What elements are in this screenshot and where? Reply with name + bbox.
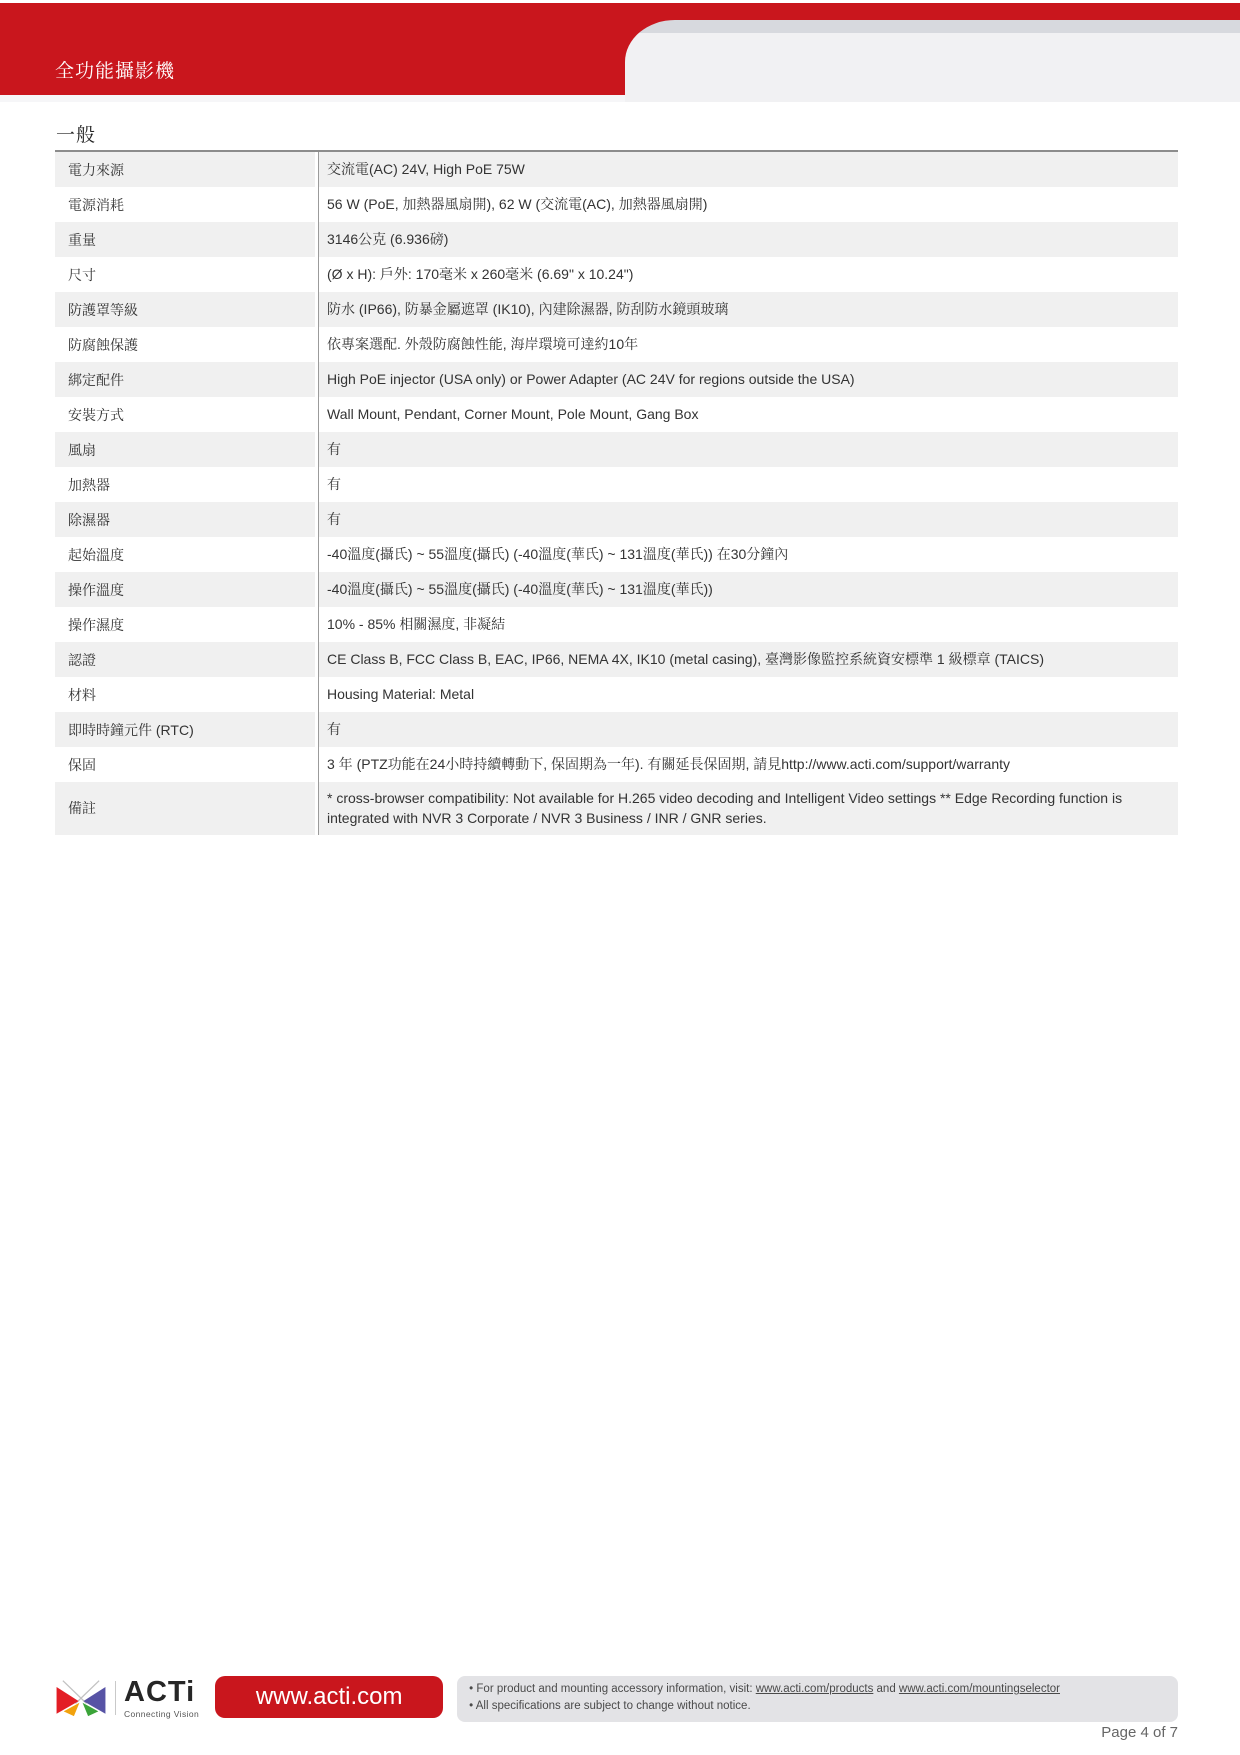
spec-label-cell: 即時時鐘元件 (RTC) — [55, 712, 315, 747]
mountingselector-link[interactable]: www.acti.com/mountingselector — [899, 1683, 1060, 1695]
spec-value-cell: (Ø x H): 戶外: 170毫米 x 260毫米 (6.69" x 10.2… — [318, 257, 1178, 292]
table-row: 操作濕度 10% - 85% 相關濕度, 非凝結 — [55, 607, 1178, 642]
acti-butterfly-logo-icon — [55, 1678, 107, 1718]
footer-note-1: For product and mounting accessory infor… — [469, 1681, 1166, 1698]
spec-value-cell: * cross-browser compatibility: Not avail… — [318, 782, 1178, 835]
spec-label-cell: 加熱器 — [55, 467, 315, 502]
spec-value-cell: 依專案選配. 外殼防腐蝕性能, 海岸環境可達約10年 — [318, 327, 1178, 362]
spec-label-cell: 電力來源 — [55, 152, 315, 187]
spec-label-cell: 綁定配件 — [55, 362, 315, 397]
spec-value-cell: -40溫度(攝氏) ~ 55溫度(攝氏) (-40溫度(華氏) ~ 131溫度(… — [318, 572, 1178, 607]
footer-note-2: All specifications are subject to change… — [469, 1698, 1166, 1715]
logo-brand-text: ACTi — [124, 1678, 199, 1707]
spec-label-cell: 備註 — [55, 782, 315, 835]
page-header: 全功能攝影機 — [0, 0, 1240, 102]
logo-text: ACTi Connecting Vision — [124, 1678, 199, 1719]
table-row: 保固 3 年 (PTZ功能在24小時持續轉動下, 保固期為一年). 有關延長保固… — [55, 747, 1178, 782]
spec-label-cell: 電源消耗 — [55, 187, 315, 222]
spec-value-cell: 有 — [318, 502, 1178, 537]
spec-label-cell: 風扇 — [55, 432, 315, 467]
section-title: 一般 — [56, 120, 1178, 147]
table-row: 風扇 有 — [55, 432, 1178, 467]
table-row: 綁定配件 High PoE injector (USA only) or Pow… — [55, 362, 1178, 397]
spec-label-cell: 除濕器 — [55, 502, 315, 537]
spec-label-cell: 防腐蝕保護 — [55, 327, 315, 362]
spec-value-cell: Housing Material: Metal — [318, 677, 1178, 712]
spec-value-cell: CE Class B, FCC Class B, EAC, IP66, NEMA… — [318, 642, 1178, 677]
spec-value-cell: 3146公克 (6.936磅) — [318, 222, 1178, 257]
table-row: 材料 Housing Material: Metal — [55, 677, 1178, 712]
table-row: 除濕器 有 — [55, 502, 1178, 537]
spec-label-cell: 安裝方式 — [55, 397, 315, 432]
spec-label-cell: 起始溫度 — [55, 537, 315, 572]
spec-label-cell: 重量 — [55, 222, 315, 257]
spec-value-cell: 有 — [318, 467, 1178, 502]
table-row: 防護罩等級 防水 (IP66), 防暴金屬遮罩 (IK10), 內建除濕器, 防… — [55, 292, 1178, 327]
page-footer: ACTi Connecting Vision www.acti.com For … — [55, 1676, 1178, 1722]
table-row: 電力來源 交流電(AC) 24V, High PoE 75W — [55, 152, 1178, 187]
spec-value-cell: -40溫度(攝氏) ~ 55溫度(攝氏) (-40溫度(華氏) ~ 131溫度(… — [318, 537, 1178, 572]
spec-value-cell: 10% - 85% 相關濕度, 非凝結 — [318, 607, 1178, 642]
spec-table-body: 電力來源 交流電(AC) 24V, High PoE 75W 電源消耗 56 W… — [55, 152, 1178, 835]
table-row: 電源消耗 56 W (PoE, 加熱器風扇開), 62 W (交流電(AC), … — [55, 187, 1178, 222]
table-row: 加熱器 有 — [55, 467, 1178, 502]
spec-value-cell: 有 — [318, 712, 1178, 747]
spec-label-cell: 認證 — [55, 642, 315, 677]
table-row: 起始溫度 -40溫度(攝氏) ~ 55溫度(攝氏) (-40溫度(華氏) ~ 1… — [55, 537, 1178, 572]
table-row: 重量 3146公克 (6.936磅) — [55, 222, 1178, 257]
footer-notes-box: For product and mounting accessory infor… — [457, 1676, 1178, 1722]
spec-label-cell: 操作濕度 — [55, 607, 315, 642]
spec-label-cell: 防護罩等級 — [55, 292, 315, 327]
main-content: 一般 電力來源 交流電(AC) 24V, High PoE 75W 電源消耗 5… — [55, 120, 1178, 835]
website-button[interactable]: www.acti.com — [215, 1676, 443, 1718]
table-row: 即時時鐘元件 (RTC) 有 — [55, 712, 1178, 747]
table-row: 認證 CE Class B, FCC Class B, EAC, IP66, N… — [55, 642, 1178, 677]
spec-label-cell: 尺寸 — [55, 257, 315, 292]
spec-value-cell: 防水 (IP66), 防暴金屬遮罩 (IK10), 內建除濕器, 防刮防水鏡頭玻… — [318, 292, 1178, 327]
note1-prefix: For product and mounting accessory infor… — [476, 1683, 755, 1695]
table-row: 備註 * cross-browser compatibility: Not av… — [55, 782, 1178, 835]
note1-and: and — [873, 1683, 899, 1695]
spec-table: 電力來源 交流電(AC) 24V, High PoE 75W 電源消耗 56 W… — [55, 150, 1178, 835]
header-corner-tab — [625, 20, 1240, 102]
spec-value-cell: High PoE injector (USA only) or Power Ad… — [318, 362, 1178, 397]
spec-value-cell: Wall Mount, Pendant, Corner Mount, Pole … — [318, 397, 1178, 432]
spec-value-cell: 3 年 (PTZ功能在24小時持續轉動下, 保固期為一年). 有關延長保固期, … — [318, 747, 1178, 782]
spec-value-cell: 有 — [318, 432, 1178, 467]
acti-logo: ACTi Connecting Vision — [55, 1676, 199, 1720]
spec-value-cell: 56 W (PoE, 加熱器風扇開), 62 W (交流電(AC), 加熱器風扇… — [318, 187, 1178, 222]
logo-divider — [115, 1681, 116, 1715]
spec-label-cell: 材料 — [55, 677, 315, 712]
products-link[interactable]: www.acti.com/products — [756, 1683, 874, 1695]
table-row: 尺寸 (Ø x H): 戶外: 170毫米 x 260毫米 (6.69" x 1… — [55, 257, 1178, 292]
page-number: Page 4 of 7 — [1101, 1724, 1178, 1741]
logo-tagline: Connecting Vision — [124, 1710, 199, 1719]
table-row: 操作溫度 -40溫度(攝氏) ~ 55溫度(攝氏) (-40溫度(華氏) ~ 1… — [55, 572, 1178, 607]
spec-value-cell: 交流電(AC) 24V, High PoE 75W — [318, 152, 1178, 187]
table-row: 安裝方式 Wall Mount, Pendant, Corner Mount, … — [55, 397, 1178, 432]
spec-label-cell: 保固 — [55, 747, 315, 782]
spec-label-cell: 操作溫度 — [55, 572, 315, 607]
page-title: 全功能攝影機 — [55, 56, 175, 83]
table-row: 防腐蝕保護 依專案選配. 外殼防腐蝕性能, 海岸環境可達約10年 — [55, 327, 1178, 362]
